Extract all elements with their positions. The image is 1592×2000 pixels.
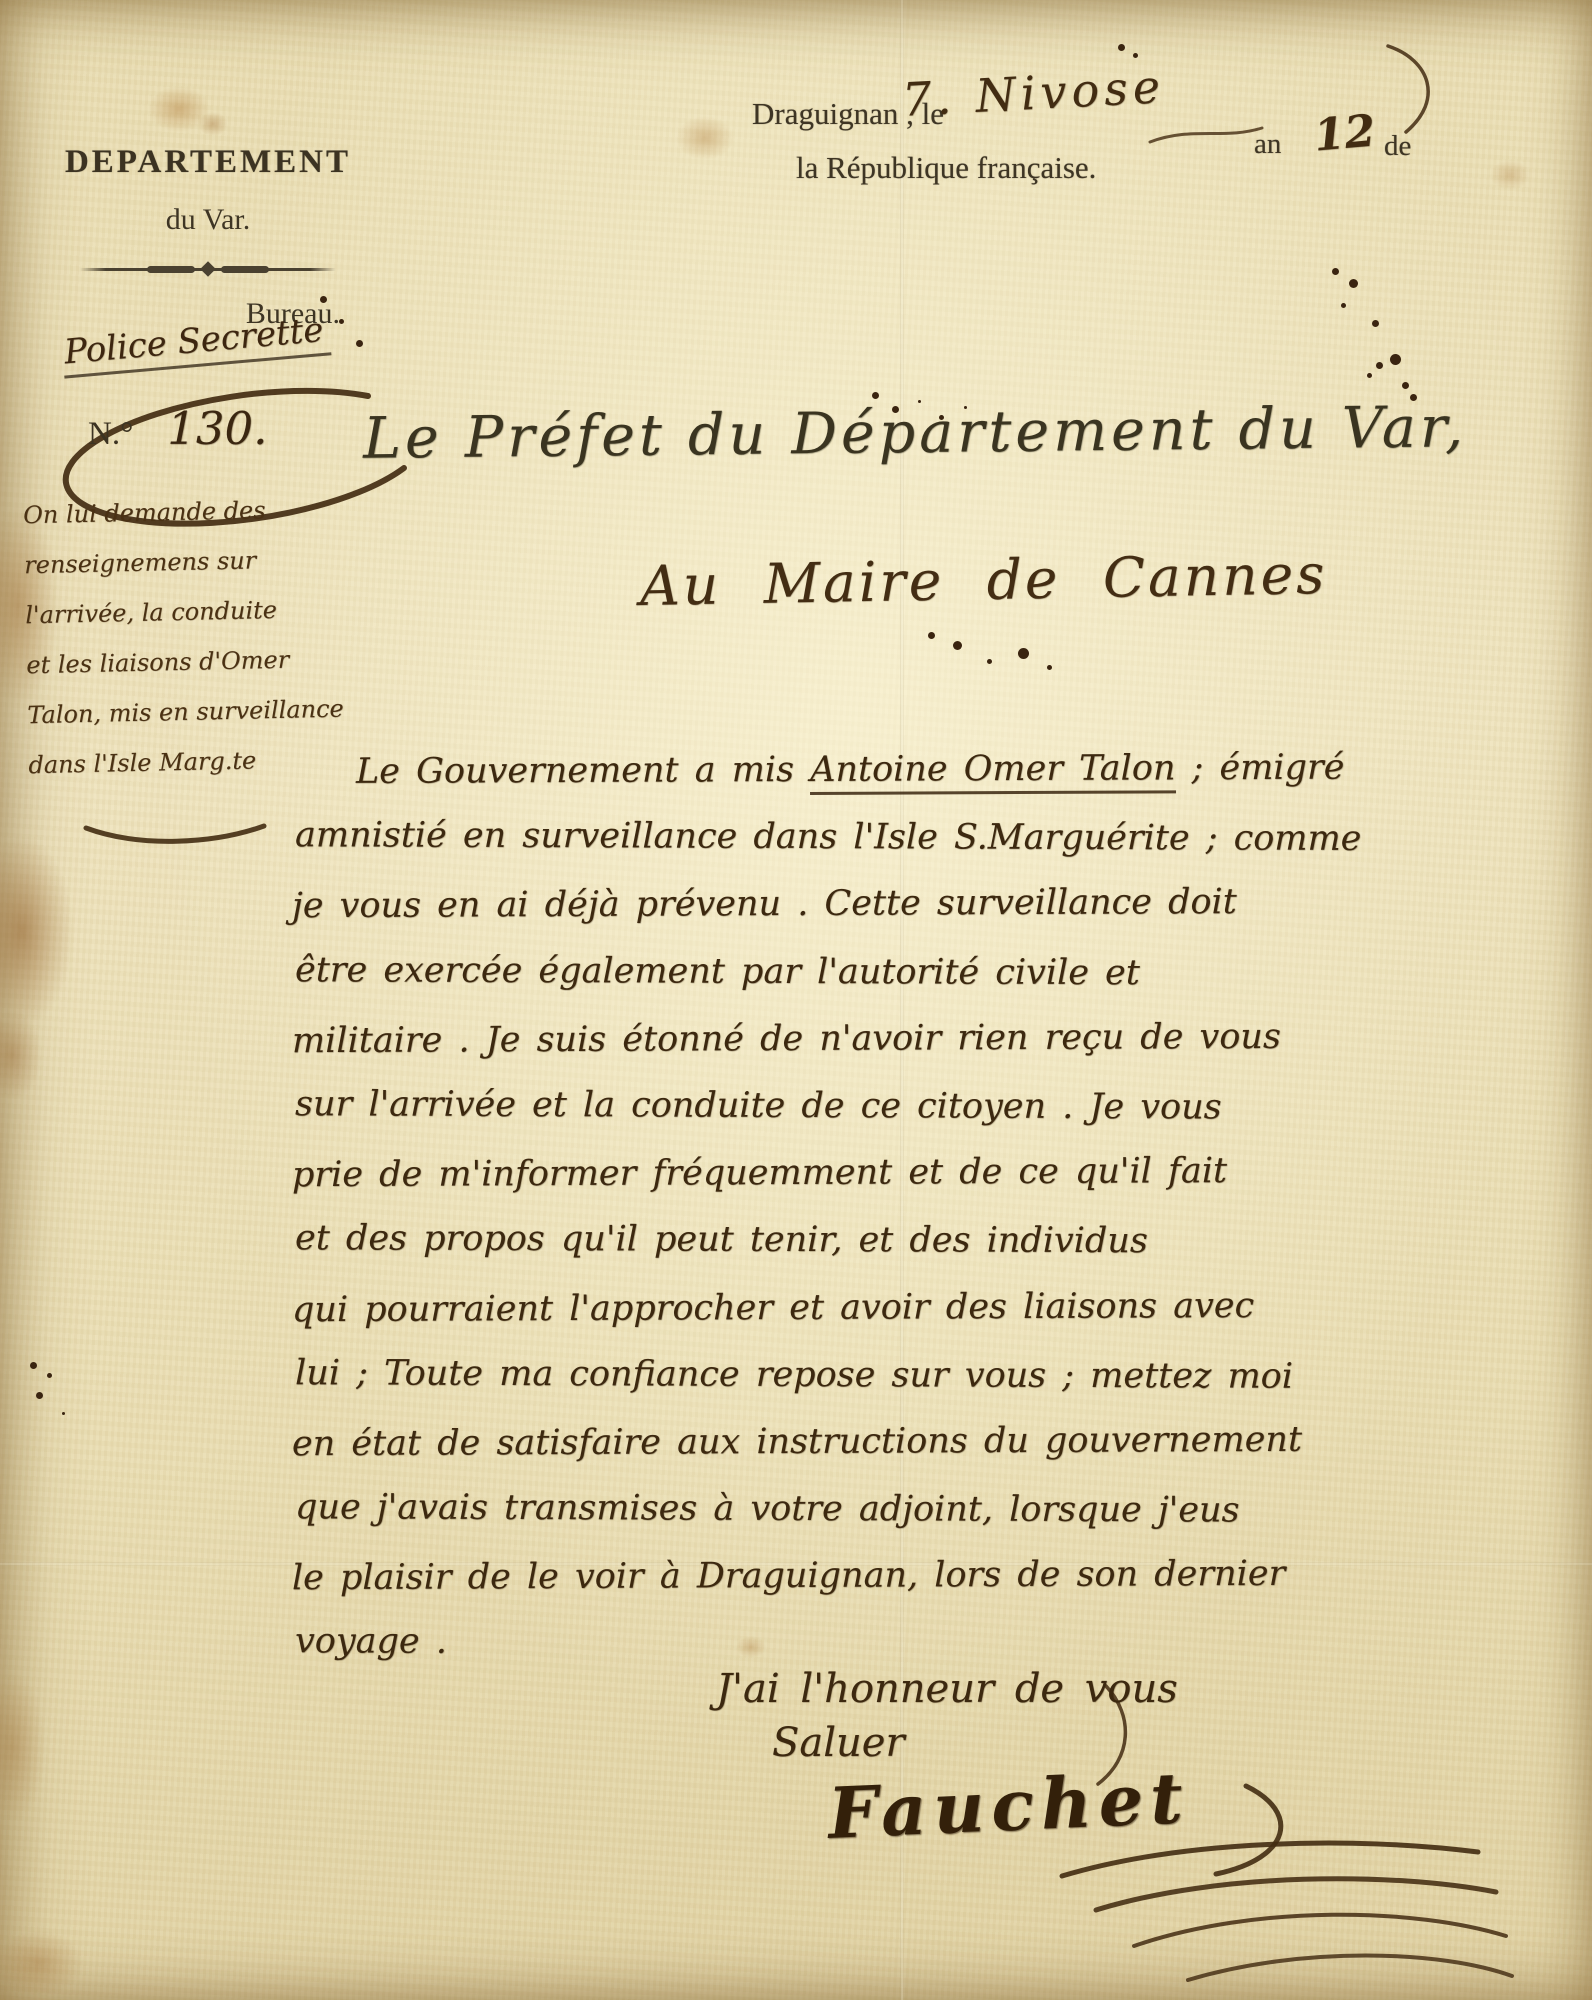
margin-note-flourish [86, 826, 264, 841]
margin-note-line: On lui demande des [23, 495, 334, 551]
document-number: N.°130. [88, 402, 267, 455]
number-value: 130. [167, 402, 267, 455]
body-line: que j'avais transmises à votre adjoint, … [295, 1487, 1305, 1558]
body-line: être exercée également par l'autorité ci… [295, 950, 1305, 1021]
stain [148, 86, 210, 132]
recipient-line: Au Maire de Cannes [639, 542, 1327, 618]
body-line: en état de satisfaire aux instructions d… [292, 1420, 1302, 1492]
signature-paraph-stroke [1188, 1956, 1512, 1981]
dateline-republic: la République française. [796, 150, 1096, 186]
dateline-day-month: 7. Nivose [901, 59, 1166, 127]
letter-page: DEPARTEMENT du Var. Bureau. Police Secre… [0, 0, 1592, 2000]
signature-paraph-stroke [1096, 1879, 1496, 1910]
body-line: qui pourraient l'approcher et avoir des … [292, 1285, 1302, 1357]
letterhead-divider [80, 263, 336, 275]
underlined-name: Antoine Omer Talon [810, 748, 1175, 795]
signature: Fauchet [826, 1756, 1191, 1855]
ink-splatter [30, 1362, 37, 1369]
body-line: Le Gouvernement a mis Antoine Omer Talon… [292, 748, 1302, 820]
dateline-year: 12 [1312, 105, 1377, 161]
signature-curl [1216, 1786, 1281, 1874]
body-line: amnistié en surveillance dans l'Isle S.M… [295, 815, 1305, 886]
department-title: DEPARTEMENT [62, 144, 354, 181]
signature-paraph-stroke [1062, 1843, 1478, 1876]
stain [198, 112, 228, 136]
stain [676, 116, 734, 160]
body-line: prie de m'informer fréquemment et de ce … [292, 1151, 1302, 1223]
ink-splatter [928, 632, 935, 639]
department-subtitle: du Var. [62, 203, 354, 237]
closing-line-1: J'ai l'honneur de vous [716, 1666, 1178, 1712]
top-right-curl [1388, 46, 1428, 132]
body-line: militaire . Je suis étonné de n'avoir ri… [292, 1017, 1302, 1089]
margin-note-line: et les liaisons d'Omer [26, 645, 337, 701]
stain [0, 1010, 42, 1100]
ink-splatter [1376, 362, 1383, 369]
ink-splatter [872, 392, 879, 399]
ink-splatter [1332, 268, 1339, 275]
body-line: sur l'arrivée et la conduite de ce citoy… [295, 1084, 1305, 1155]
body-line: lui ; Toute ma confiance repose sur vous… [295, 1353, 1305, 1424]
number-label: N.° [88, 416, 133, 452]
stain [0, 836, 74, 1026]
margin-note-line: renseignemens sur [24, 545, 335, 601]
date-flourish-dash [1150, 128, 1262, 142]
ink-splatter [1118, 44, 1125, 51]
body-line: le plaisir de le voir à Draguignan, lors… [292, 1554, 1302, 1626]
letter-body: Le Gouvernement a mis Antoine Omer Talon… [292, 750, 1302, 1691]
dateline-de: de [1384, 130, 1411, 163]
closing-line-2: Saluer [772, 1720, 905, 1766]
margin-note-line: Talon, mis en surveillance [27, 695, 338, 751]
body-line-text: Le Gouvernement a mis [356, 750, 810, 792]
body-line: et des propos qu'il peut tenir, et des i… [295, 1219, 1305, 1290]
letterhead: DEPARTEMENT du Var. Bureau. Police Secre… [62, 144, 354, 367]
stain [1490, 160, 1530, 190]
stain [0, 1930, 84, 1996]
margin-note-line: l'arrivée, la conduite [25, 595, 336, 651]
signature-paraph-stroke [1134, 1915, 1506, 1946]
stain [0, 1672, 46, 1822]
body-line-text: ; émigré [1175, 748, 1344, 789]
divider-diamond-icon [200, 261, 216, 277]
letter-title: Le Préfet du Département du Var, [330, 394, 1501, 472]
body-line: je vous en ai déjà prévenu . Cette surve… [292, 882, 1302, 954]
dateline-an: an [1254, 128, 1281, 161]
